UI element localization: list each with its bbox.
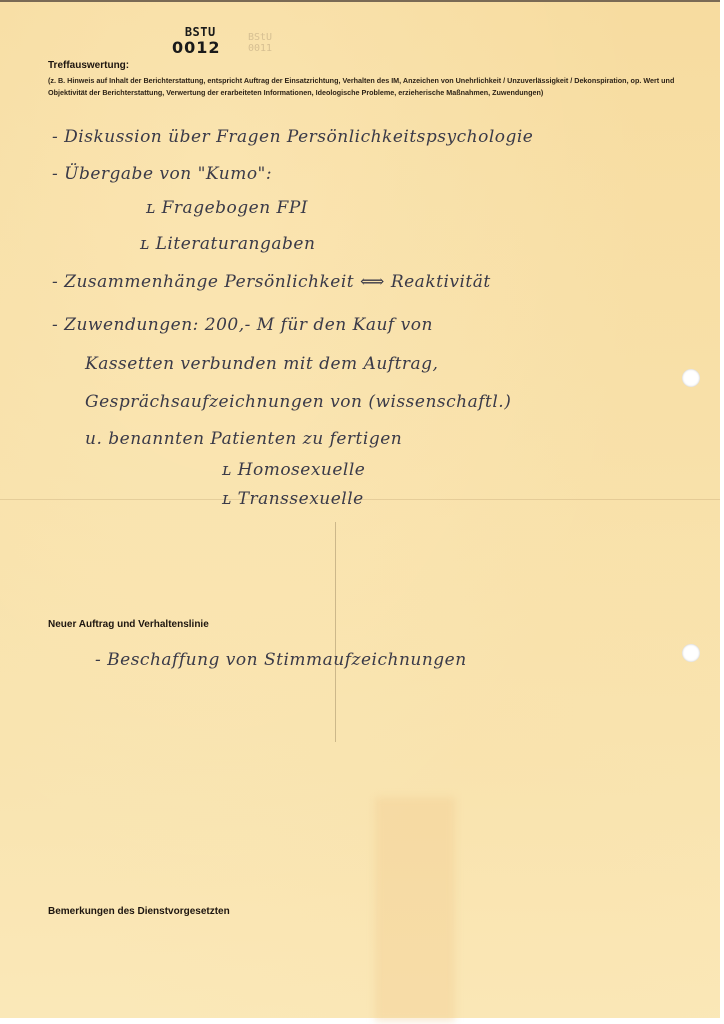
document-page: BStU 0011 BSTU 0012 Treffauswertung: (z.… — [0, 0, 720, 1018]
archive-stamp: BSTU 0012 — [172, 26, 221, 56]
archive-page-number: 0012 — [172, 40, 221, 56]
handwritten-line: - Zuwendungen: 200,- M für den Kauf von — [52, 315, 433, 335]
handwritten-line: - Zusammenhänge Persönlichkeit ⟺ Reaktiv… — [52, 272, 491, 292]
handwritten-line: ʟ Fragebogen FPI — [146, 198, 308, 218]
handwritten-line: - Beschaffung von Stimmaufzeichnungen — [95, 650, 467, 670]
archive-stamp-label: BSTU — [172, 26, 221, 38]
section-hint-treffauswertung: (z. B. Hinweis auf Inhalt der Berichters… — [48, 75, 680, 98]
faded-stamp-number: 0011 — [248, 43, 272, 54]
handwritten-line: - Übergabe von "Kumo": — [52, 164, 272, 184]
handwritten-line: - Diskussion über Fragen Persönlichkeits… — [52, 127, 533, 147]
paper-fold-vertical — [335, 522, 336, 742]
handwritten-line: ʟ Transsexuelle — [222, 489, 364, 509]
handwritten-line: ʟ Homosexuelle — [222, 460, 365, 480]
faded-stamp-label: BStU — [248, 32, 272, 43]
section-title-treffauswertung: Treffauswertung: — [48, 60, 129, 71]
section-title-bemerkungen: Bemerkungen des Dienstvorgesetzten — [48, 906, 230, 917]
handwritten-line: ʟ Literaturangaben — [140, 234, 315, 254]
section-title-neuer-auftrag: Neuer Auftrag und Verhaltenslinie — [48, 619, 209, 630]
punch-hole-upper — [682, 369, 700, 387]
handwritten-line: u. benannten Patienten zu fertigen — [85, 429, 402, 449]
faded-archive-stamp: BStU 0011 — [248, 32, 272, 54]
handwritten-line: Kassetten verbunden mit dem Auftrag, — [85, 354, 438, 374]
handwritten-line: Gesprächsaufzeichnungen von (wissenschaf… — [85, 392, 511, 412]
paper-stain — [375, 797, 455, 1022]
punch-hole-lower — [682, 644, 700, 662]
